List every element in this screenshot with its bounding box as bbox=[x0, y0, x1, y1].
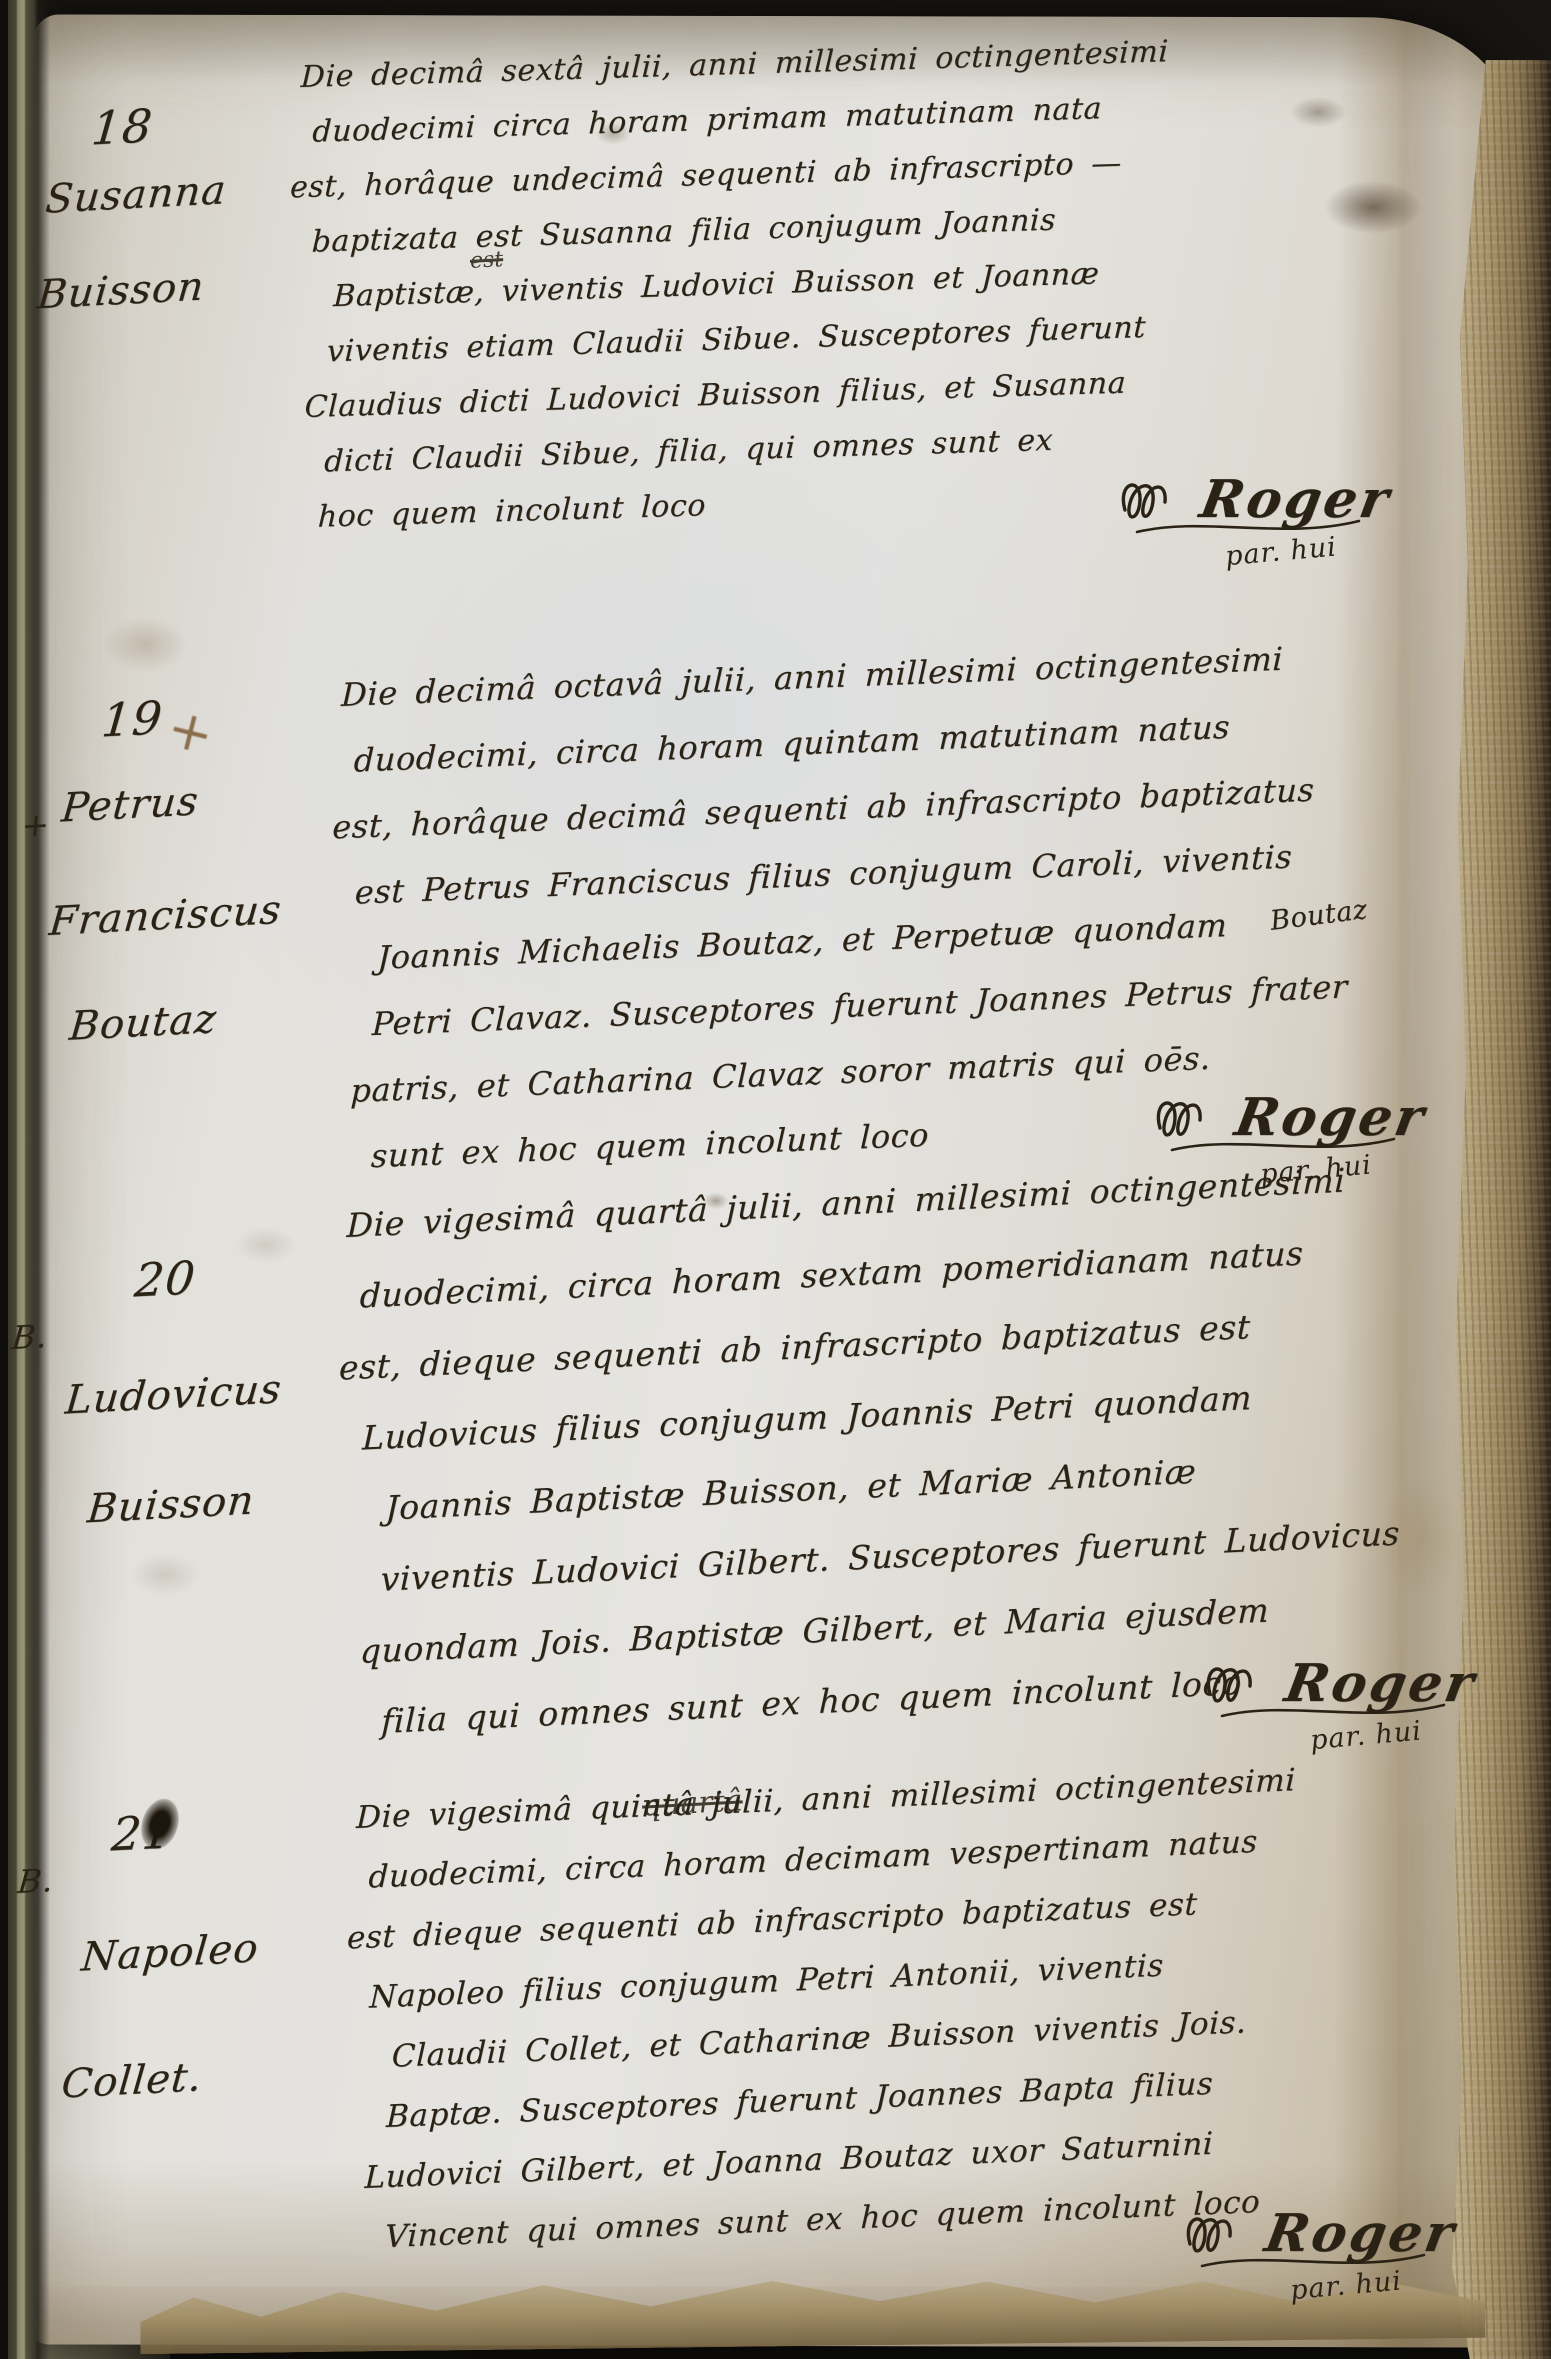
manuscript-scan: 18 Susanna Buisson Die decimâ sextâ juli… bbox=[0, 0, 1551, 2359]
entry-body: Die vigesimâ quintâ julii, anni millesim… bbox=[355, 1750, 1314, 2267]
signature-name: Roger bbox=[1261, 2203, 1462, 2264]
signature: Roger par. hui bbox=[1180, 2202, 1456, 2299]
signature-paraph-icon bbox=[1180, 2202, 1272, 2264]
margin-mark: B. bbox=[16, 1861, 55, 1901]
entry-21: 21 B. Napoleo Collet. Die vigesimâ quint… bbox=[0, 0, 1551, 2359]
margin-name: Napoleo bbox=[79, 1925, 260, 1980]
margin-name: Collet. bbox=[60, 2054, 205, 2107]
struck-word: quartâ bbox=[641, 1783, 743, 1823]
